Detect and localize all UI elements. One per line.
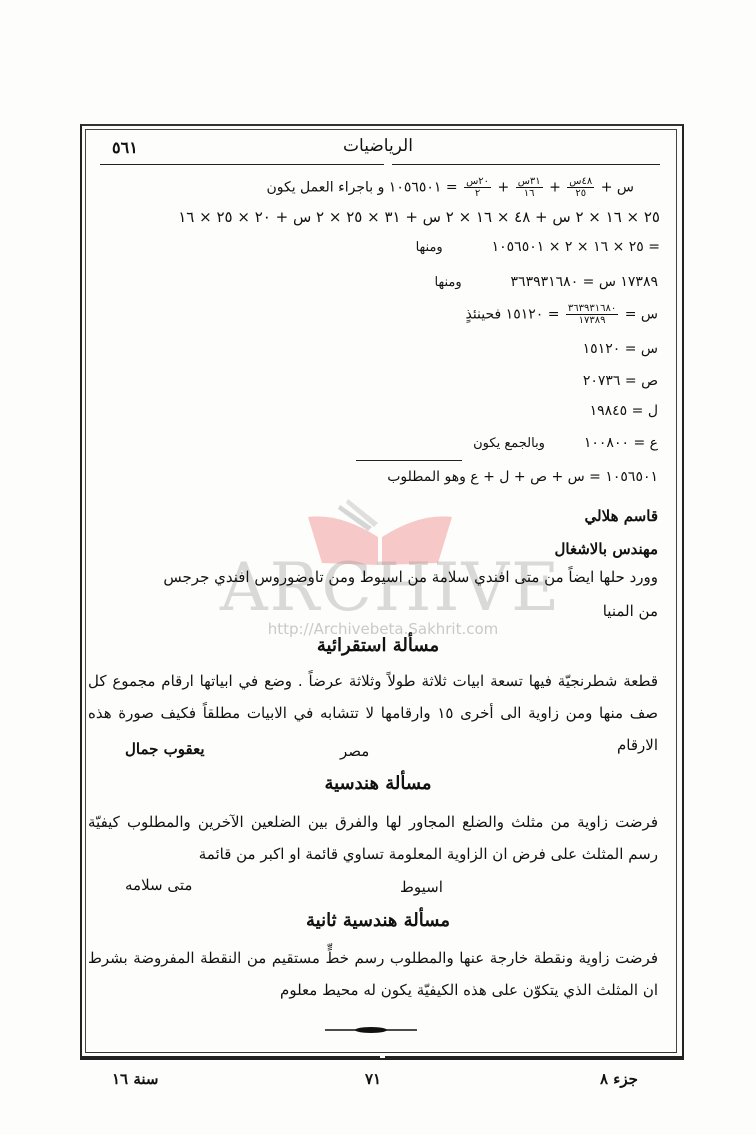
footer-part: جزء ٨ <box>600 1070 638 1088</box>
equation-line-2: ٢٥ × ١٦ × ٢ س + ٤٨ × ١٦ × ٢ س + ٣١ × ٢٥ … <box>178 210 660 225</box>
eq-term: = ١٥١٢٠ فحينئذٍ <box>465 307 559 323</box>
header-page-number: ٥٦١ <box>112 138 138 157</box>
value-row: ص = ٢٠٧٣٦ <box>583 374 658 388</box>
signature-name: قاسم هلالي <box>585 507 658 525</box>
value-row: س = ١٥١٢٠ <box>583 342 658 356</box>
sum-rule <box>356 460 462 461</box>
also-solved-continuation: من المنيا <box>603 604 658 619</box>
eq-term: = ١٠٥٦٥٠١ و باجراء العمل يكون <box>266 180 457 196</box>
footer-page-number: ٧١ <box>365 1070 381 1088</box>
problem-title: مسألة استقرائية <box>0 635 756 656</box>
footer-year: سنة ١٦ <box>112 1070 158 1088</box>
fraction: ٢٠س٢ <box>464 176 491 199</box>
plus-sign: + <box>498 180 510 196</box>
problem-title: مسألة هندسية ثانية <box>0 910 756 931</box>
value-row: ع = ١٠٠٨٠٠ وبالجمع يكون <box>473 436 658 450</box>
problem-title: مسألة هندسية <box>0 773 756 794</box>
eq-term: س = <box>625 307 658 323</box>
plus-sign: + <box>549 180 561 196</box>
stray-dot <box>373 648 376 651</box>
footer-rule <box>80 1056 380 1058</box>
fraction: ٤٨س٢٥ <box>567 176 594 199</box>
problem-place: اسيوط <box>400 878 443 896</box>
eq-note: ومنها <box>416 240 443 255</box>
equation-line-4: ١٧٣٨٩ س = ٣٦٣٩٣١٦٨٠ ومنها <box>435 275 659 289</box>
section-divider-ornament-icon <box>325 1026 417 1034</box>
header-rule <box>392 164 660 165</box>
problem-body: فرضت زاوية ونقطة خارجة عنها والمطلوب رسم… <box>88 942 658 1006</box>
eq-note: ومنها <box>435 275 462 290</box>
scanned-page: الرياضيات ٥٦١ ARCHIVE http://Archivebeta… <box>0 0 756 1135</box>
value-row: ل = ١٩٨٤٥ <box>590 404 658 418</box>
fraction: ٣١س١٦ <box>516 176 543 199</box>
signature-title: مهندس بالاشغال <box>555 540 658 558</box>
equation-line-3: = ٢٥ × ١٦ × ٢ × ١٠٥٦٥٠١ ومنها <box>416 240 660 254</box>
equation-line-5: س = ٣٦٣٩٣١٦٨٠١٧٣٨٩ = ١٥١٢٠ فحينئذٍ <box>465 303 658 326</box>
problem-author: متى سلامه <box>125 876 192 894</box>
eq-note: وبالجمع يكون <box>473 436 545 451</box>
footer-rule <box>385 1056 682 1058</box>
equation-line-1: س + ٤٨س٢٥ + ٣١س١٦ + ٢٠س٢ = ١٠٥٦٥٠١ و باج… <box>266 176 634 199</box>
problem-place: مصر <box>340 742 369 760</box>
header-rule <box>100 164 384 165</box>
problem-body: فرضت زاوية من مثلث والضلع المجاور لها وا… <box>88 806 658 870</box>
total-line: ١٠٥٦٥٠١ = س + ص + ل + ع وهو المطلوب <box>387 470 658 484</box>
also-solved-text: وورد حلها ايضاً من متى افندي سلامة من اس… <box>163 570 658 585</box>
watermark-text: ARCHIVE <box>220 555 540 621</box>
fraction: ٣٦٣٩٣١٦٨٠١٧٣٨٩ <box>566 303 618 326</box>
eq-term: س + <box>601 180 634 196</box>
problem-author: يعقوب جمال <box>125 740 205 758</box>
eq-term: = ٢٥ × ١٦ × ٢ × ١٠٥٦٥٠١ <box>492 239 660 255</box>
eq-term: ١٧٣٨٩ س = ٣٦٣٩٣١٦٨٠ <box>511 274 658 290</box>
